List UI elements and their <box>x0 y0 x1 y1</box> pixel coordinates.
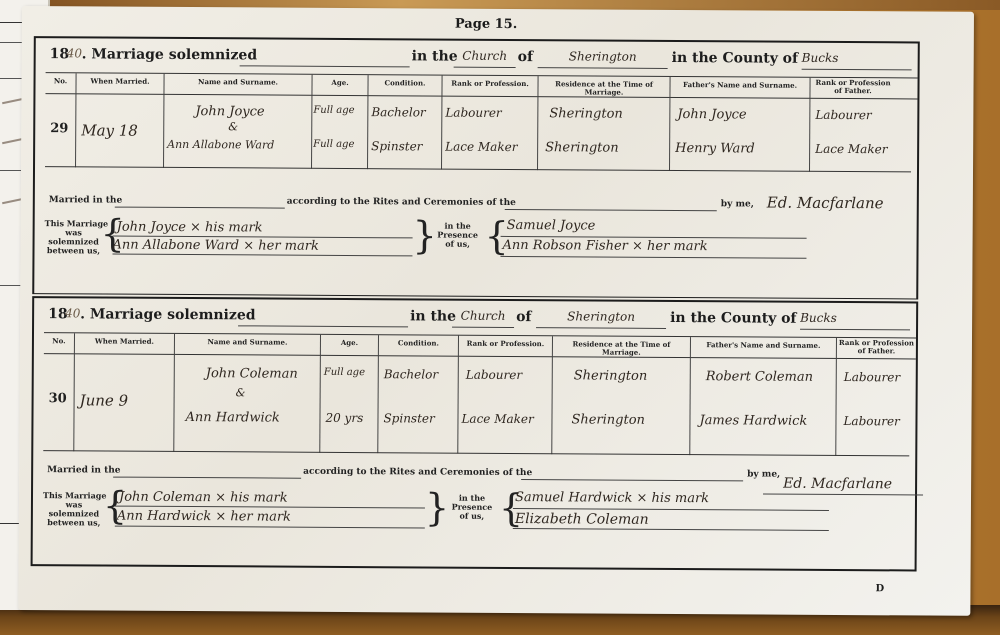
bride-father-rank: Labourer <box>843 414 899 428</box>
signature-line <box>112 254 412 257</box>
when-married: May 18 <box>81 121 138 139</box>
solemnized-blank <box>240 47 410 67</box>
of-label: of <box>516 309 531 325</box>
entry-table: No. When Married. Name and Surname. Age.… <box>45 72 918 172</box>
groom-father-name: Robert Coleman <box>706 369 813 385</box>
rites-label: according to the Rites and Ceremonies of… <box>303 467 532 478</box>
presence-label: in the Presence of us, <box>447 494 497 521</box>
groom-father-rank: Labourer <box>844 370 900 384</box>
bride-name: Ann Allabone Ward <box>167 138 274 152</box>
name-connector: & <box>236 386 246 399</box>
year-suffix: 40 <box>65 306 80 320</box>
by-me-label: by me, <box>747 469 780 479</box>
this-marriage-label: This Marriage was solemnized between us, <box>44 219 102 255</box>
bride-age: Full age <box>313 139 354 150</box>
year-suffix: 40 <box>67 46 82 60</box>
page-number: Page 15. <box>455 17 517 32</box>
bride-father-name: Henry Ward <box>675 141 755 156</box>
groom-condition: Bachelor <box>384 367 438 381</box>
marriage-solemnized-label: . Marriage solemnized <box>82 46 258 63</box>
col-name: Name and Surname. <box>173 334 320 453</box>
bride-residence: Sherington <box>545 140 619 155</box>
name-connector: & <box>228 120 238 133</box>
col-condition: Condition. <box>367 75 442 169</box>
marriage-entry-30: 18 40 . Marriage solemnized in the Churc… <box>31 296 919 571</box>
county-name: Bucks <box>802 51 912 71</box>
bride-signature: Ann Hardwick × her mark <box>117 509 291 525</box>
officiant-line <box>763 494 923 496</box>
county-label: in the County <box>672 50 778 67</box>
bride-signature: Ann Allabone Ward × her mark <box>112 238 318 254</box>
bride-father-name: James Hardwick <box>699 413 807 429</box>
col-age: Age. <box>311 75 368 169</box>
groom-residence: Sherington <box>574 368 648 383</box>
witness-2: Ann Robson Fisher × her mark <box>503 238 708 254</box>
col-father-name: Father's Name and Surname. <box>669 77 810 172</box>
entry-heading: 18 40 . Marriage solemnized in the Churc… <box>48 306 906 333</box>
entry-table: No. When Married. Name and Surname. Age.… <box>43 332 916 456</box>
bride-condition: Spinster <box>383 411 434 425</box>
witness-1: Samuel Joyce <box>507 218 596 234</box>
entry-footer: Married in the according to the Rites an… <box>44 166 911 298</box>
county-name: Bucks <box>800 311 910 331</box>
witness-line <box>500 256 806 259</box>
of-label: of <box>518 49 533 65</box>
groom-residence: Sherington <box>549 106 623 121</box>
col-residence: Residence at the Time of Marriage. <box>537 76 670 171</box>
col-father-rank: Rank or Profession of Father. <box>835 338 916 456</box>
bride-rank: Lace Maker <box>445 140 517 154</box>
entry-number: 30 <box>49 391 67 406</box>
signature-mark: D <box>875 583 884 594</box>
bride-residence: Sherington <box>571 412 645 427</box>
this-marriage-label: This Marriage was solemnized between us, <box>43 491 105 527</box>
groom-name: John Joyce <box>195 104 264 119</box>
by-me-label: by me, <box>721 199 754 209</box>
entry-footer: Married in the according to the Rites an… <box>43 450 910 568</box>
groom-age: Full age <box>324 367 365 378</box>
entry-heading: 18 40 . Marriage solemnized in the Churc… <box>50 46 908 73</box>
witness-1: Samuel Hardwick × his mark <box>515 490 709 506</box>
bride-name: Ann Hardwick <box>185 410 279 426</box>
col-condition: Condition. <box>377 335 458 453</box>
bride-age: 20 yrs <box>325 411 363 425</box>
married-in-blank <box>113 477 301 479</box>
signature-line <box>115 526 425 529</box>
groom-signature: John Joyce × his mark <box>117 220 263 236</box>
place-type: Church <box>454 49 516 68</box>
rites-label: according to the Rites and Ceremonies of… <box>287 197 516 208</box>
parish-name: Sherington <box>538 49 668 69</box>
officiant-signature: Ed. Macfarlane <box>767 194 884 213</box>
marriage-solemnized-label: . Marriage solemnized <box>80 306 256 323</box>
witness-2: Elizabeth Coleman <box>515 511 649 528</box>
register-page: Page 15. 18 40 . Marriage solemnized in … <box>18 6 974 616</box>
groom-father-rank: Labourer <box>815 108 871 122</box>
col-rank: Rank or Profession. <box>441 76 538 171</box>
right-brace: } <box>425 489 449 525</box>
groom-rank: Labourer <box>445 106 501 120</box>
when-married: June 9 <box>80 391 129 409</box>
col-rank: Rank or Profession. <box>457 336 552 455</box>
in-the-label: in the <box>410 308 456 324</box>
marriage-entry-29: 18 40 . Marriage solemnized in the Churc… <box>32 36 920 299</box>
witness-line <box>513 528 829 531</box>
in-the-label: in the <box>412 48 458 64</box>
col-father-name: Father's Name and Surname. <box>689 337 836 456</box>
col-residence: Residence at the Time of Marriage. <box>551 336 690 455</box>
officiant-signature: Ed. Macfarlane <box>783 476 892 493</box>
entry-number: 29 <box>50 121 68 136</box>
parish-name: Sherington <box>536 309 666 329</box>
presence-label: in the Presence of us, <box>433 222 483 249</box>
place-type: Church <box>452 309 514 328</box>
married-in-label: Married in the <box>49 195 122 205</box>
county-label: in the County <box>670 310 776 327</box>
groom-age: Full age <box>313 105 354 116</box>
groom-rank: Labourer <box>466 368 522 382</box>
groom-name: John Coleman <box>206 366 298 382</box>
solemnized-blank <box>238 307 408 327</box>
bride-father-rank: Lace Maker <box>815 142 887 156</box>
bride-condition: Spinster <box>371 139 422 153</box>
groom-condition: Bachelor <box>371 105 425 119</box>
col-age: Age. <box>319 335 378 453</box>
bride-rank: Lace Maker <box>461 412 533 426</box>
groom-signature: John Coleman × his mark <box>119 490 288 506</box>
married-in-blank <box>115 207 285 209</box>
groom-father-name: John Joyce <box>677 107 746 122</box>
county-of-label: of <box>781 311 796 327</box>
col-father-rank: Rank or Profession of Father. <box>809 78 896 173</box>
rites-blank <box>521 479 743 481</box>
county-of-label: of <box>783 51 798 67</box>
married-in-label: Married in the <box>47 465 120 475</box>
rites-blank <box>505 209 717 211</box>
